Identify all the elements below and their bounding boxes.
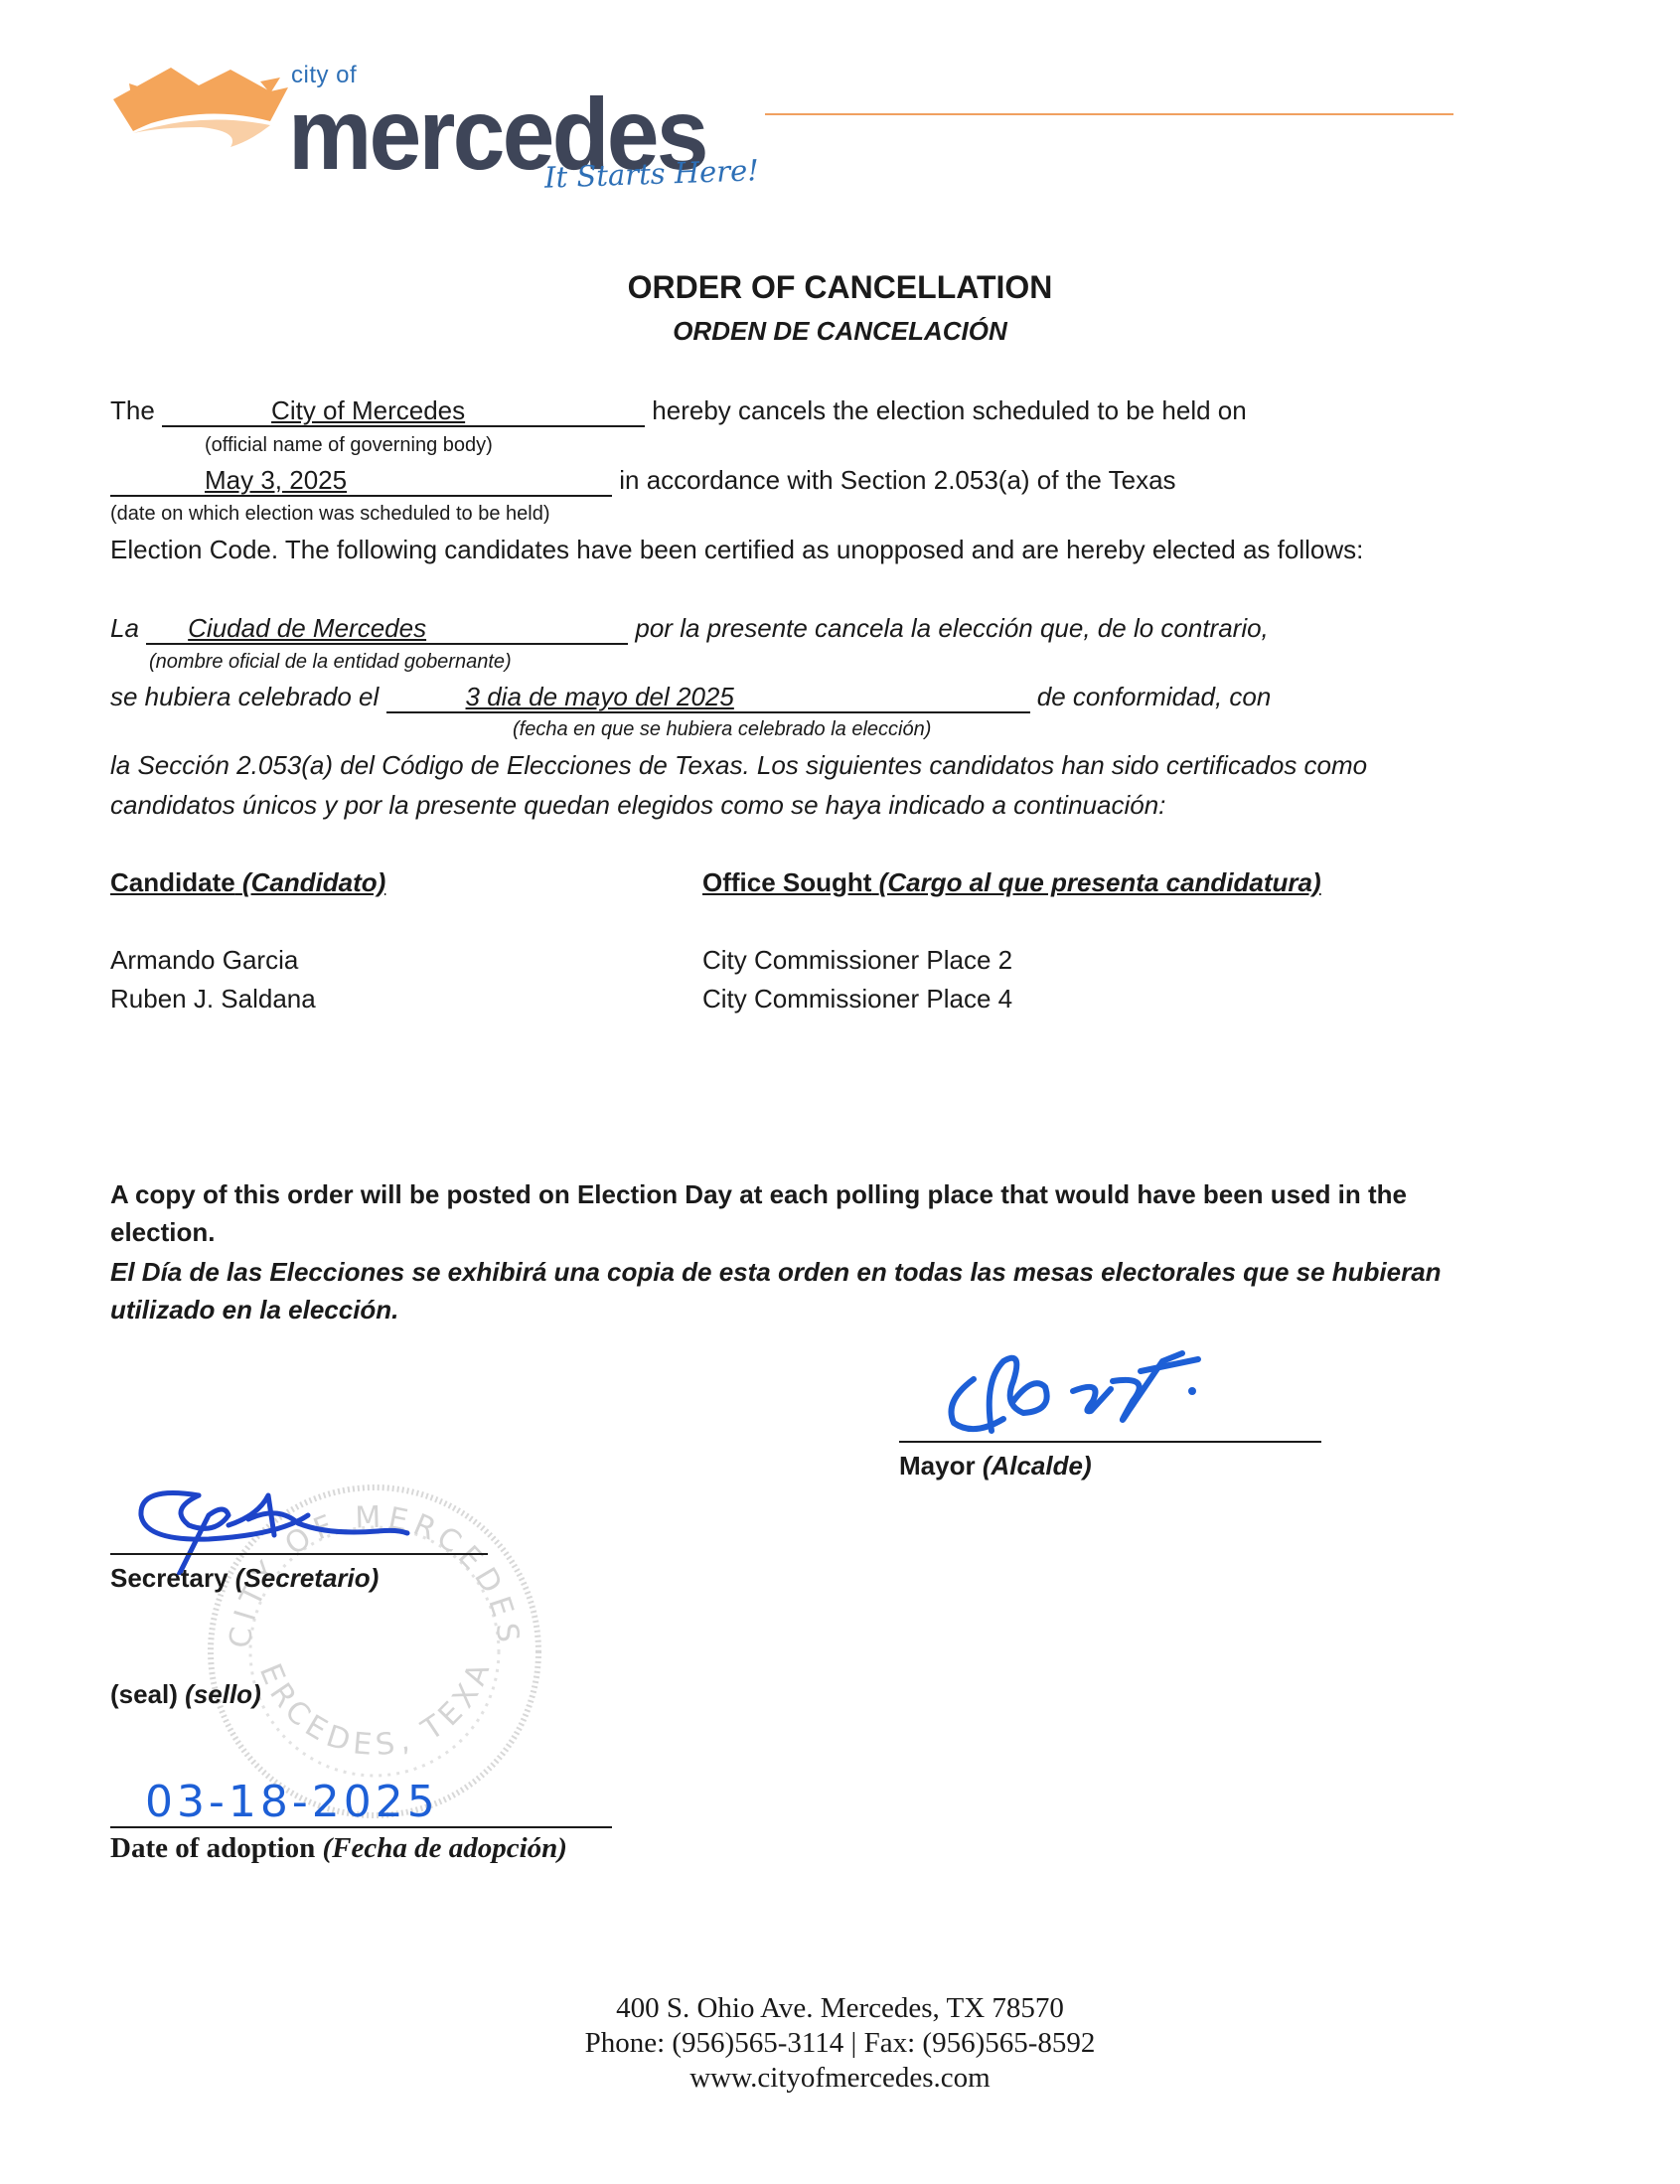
label-text: Mayor	[899, 1451, 976, 1481]
footer-phone-fax: Phone: (956)565-3114 | Fax: (956)565-859…	[0, 2026, 1680, 2061]
spanish-line-1: La Ciudad de Mercedes por la presente ca…	[110, 613, 1269, 645]
line-prefix: La	[110, 613, 139, 643]
table-row-office: City Commissioner Place 4	[702, 984, 1012, 1014]
label-text-es: (Fecha de adopción)	[322, 1832, 566, 1864]
footer-address: 400 S. Ohio Ave. Mercedes, TX 78570	[0, 1991, 1680, 2026]
document-title: ORDER OF CANCELLATION	[0, 269, 1680, 306]
mayor-signature	[944, 1341, 1272, 1441]
crown-logo-icon	[111, 62, 290, 151]
mayor-label: Mayor (Alcalde)	[899, 1451, 1092, 1482]
election-date-caption: (date on which election was scheduled to…	[110, 503, 550, 526]
header-text-es: (Cargo al que presenta candidatura)	[879, 867, 1321, 897]
secretary-label: Secretary (Secretario)	[110, 1563, 379, 1594]
english-line-3: Election Code. The following candidates …	[110, 535, 1363, 565]
governing-body-value: City of Mercedes	[162, 395, 465, 425]
seal-label: (seal) (sello)	[110, 1679, 261, 1710]
notice-es-line-2: utilizado en la elección.	[110, 1295, 398, 1326]
notice-en-line-1: A copy of this order will be posted on E…	[110, 1179, 1407, 1210]
document-subtitle: ORDEN DE CANCELACIÓN	[0, 316, 1680, 347]
mayor-signature-line	[899, 1441, 1321, 1443]
label-text-es: (Alcalde)	[983, 1451, 1092, 1481]
column-header-office: Office Sought (Cargo al que presenta can…	[702, 867, 1321, 898]
column-header-candidate: Candidate (Candidato)	[110, 867, 385, 898]
header-text: Office Sought	[702, 867, 871, 897]
label-text-es: (sello)	[185, 1679, 261, 1709]
label-text-es: (Secretario)	[235, 1563, 380, 1593]
governing-body-es-value: Ciudad de Mercedes	[146, 613, 426, 643]
line-suffix: de conformidad, con	[1037, 682, 1272, 711]
footer-website[interactable]: www.cityofmercedes.com	[0, 2061, 1680, 2096]
election-date-es-caption: (fecha en que se hubiera celebrado la el…	[513, 718, 931, 741]
spanish-line-4: candidatos únicos y por la presente qued…	[110, 790, 1165, 821]
secretary-signature	[129, 1476, 427, 1575]
line-suffix: hereby cancels the election scheduled to…	[652, 395, 1246, 425]
line-suffix: por la presente cancela la elección que,…	[635, 613, 1268, 643]
english-line-2: May 3, 2025 in accordance with Section 2…	[110, 465, 1176, 497]
spanish-line-2: se hubiera celebrado el 3 dia de mayo de…	[110, 682, 1271, 713]
spanish-line-3: la Sección 2.053(a) del Código de Elecci…	[110, 750, 1367, 781]
election-date-es-field: 3 dia de mayo del 2025	[386, 683, 1030, 713]
election-date-es-value: 3 dia de mayo del 2025	[386, 682, 734, 711]
english-line-1: The City of Mercedes hereby cancels the …	[110, 395, 1247, 427]
secretary-signature-line	[110, 1553, 488, 1555]
governing-body-caption: (official name of governing body)	[205, 434, 493, 457]
header-text-es: (Candidato)	[242, 867, 385, 897]
line-prefix: The	[110, 395, 155, 425]
governing-body-field: City of Mercedes	[162, 396, 645, 427]
line-prefix: se hubiera celebrado el	[110, 682, 379, 711]
governing-body-es-field: Ciudad de Mercedes	[146, 614, 628, 645]
notice-es-line-1: El Día de las Elecciones se exhibirá una…	[110, 1257, 1442, 1288]
adoption-date-label: Date of adoption (Fecha de adopción)	[110, 1832, 567, 1865]
label-text: Date of adoption	[110, 1832, 315, 1864]
governing-body-es-caption: (nombre oficial de la entidad gobernante…	[149, 651, 512, 674]
adoption-date-value: 03-18-2025	[145, 1777, 439, 1827]
logo-tagline: It Starts Here!	[543, 153, 759, 195]
election-date-field: May 3, 2025	[110, 466, 612, 497]
table-row-candidate: Armando Garcia	[110, 945, 298, 976]
header-rule	[765, 113, 1453, 115]
adoption-date-line	[110, 1826, 612, 1828]
line-suffix: in accordance with Section 2.053(a) of t…	[619, 465, 1175, 495]
label-text: (seal)	[110, 1679, 178, 1709]
election-date-value: May 3, 2025	[110, 465, 347, 495]
notice-en-line-2: election.	[110, 1217, 215, 1248]
table-row-candidate: Ruben J. Saldana	[110, 984, 316, 1014]
header-text: Candidate	[110, 867, 235, 897]
label-text: Secretary	[110, 1563, 229, 1593]
table-row-office: City Commissioner Place 2	[702, 945, 1012, 976]
